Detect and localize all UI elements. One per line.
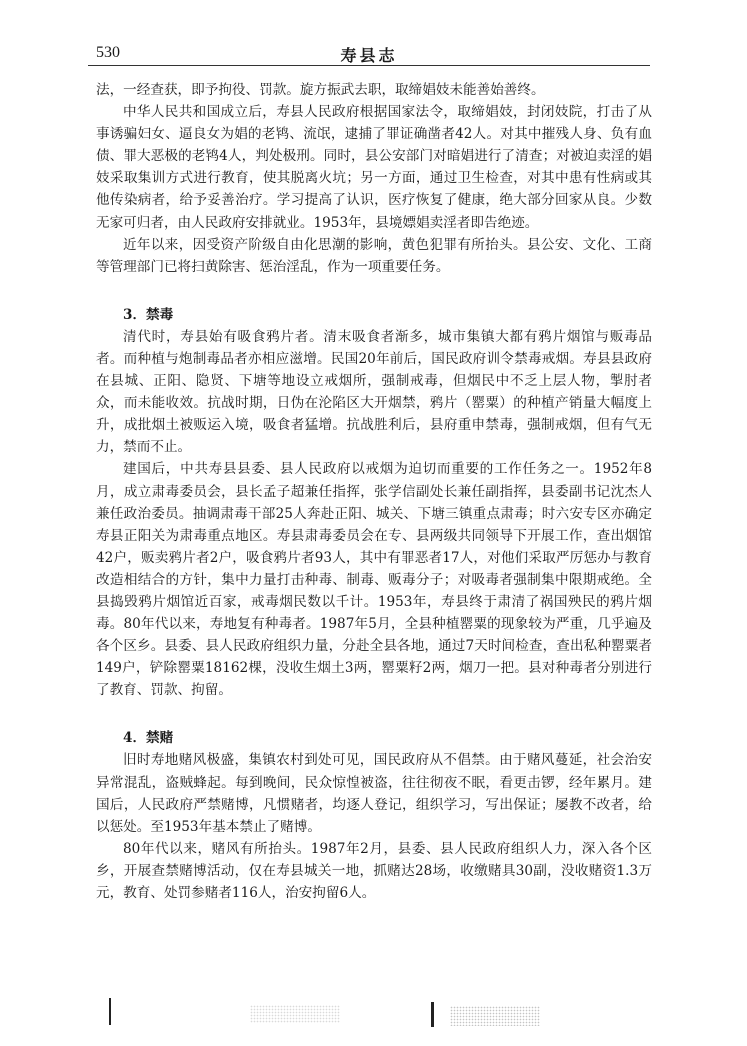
paragraph-continued: 法，一经查获，即予拘役、罚款。旋方振武去职，取缔娼妓未能善始善终。 — [96, 79, 652, 101]
paragraph: 近年以来，因受资产阶级自由化思潮的影响，黄色犯罪有所抬头。县公安、文化、工商等管… — [96, 234, 652, 278]
spacer — [96, 701, 652, 727]
scan-noise-left — [250, 1005, 340, 1023]
book-page: 530 寿县志 法，一经查获，即予拘役、罚款。旋方振武去职，取缔娼妓未能善始善终… — [0, 0, 747, 1046]
section-heading-gambling: 4．禁赌 — [96, 727, 652, 749]
paragraph: 80年代以来，赌风有所抬头。1987年2月，县委、县人民政府组织人力，深入各个区… — [96, 838, 652, 904]
scan-mark-right — [431, 1002, 434, 1027]
paragraph: 中华人民共和国成立后，寿县人民政府根据国家法令，取缔娼妓，封闭妓院，打击了从事诱… — [96, 101, 652, 234]
header-rule — [88, 65, 650, 66]
page-header: 530 寿县志 — [88, 42, 650, 66]
scan-noise-right — [450, 1006, 540, 1026]
running-title: 寿县志 — [88, 43, 650, 66]
spacer — [96, 278, 652, 304]
page-body: 法，一经查获，即予拘役、罚款。旋方振武去职，取缔娼妓未能善始善终。 中华人民共和… — [96, 79, 652, 904]
section-heading-drugs: 3．禁毒 — [96, 304, 652, 326]
paragraph: 旧时寿地赌风极盛，集镇农村到处可见，国民政府从不倡禁。由于赌风蔓延，社会治安异常… — [96, 749, 652, 837]
paragraph: 建国后，中共寿县县委、县人民政府以戒烟为迫切而重要的工作任务之一。1952年8月… — [96, 458, 652, 701]
paragraph: 清代时，寿县始有吸食鸦片者。清末吸食者渐多，城市集镇大都有鸦片烟馆与贩毒品者。而… — [96, 326, 652, 459]
scan-mark-left — [109, 998, 111, 1025]
